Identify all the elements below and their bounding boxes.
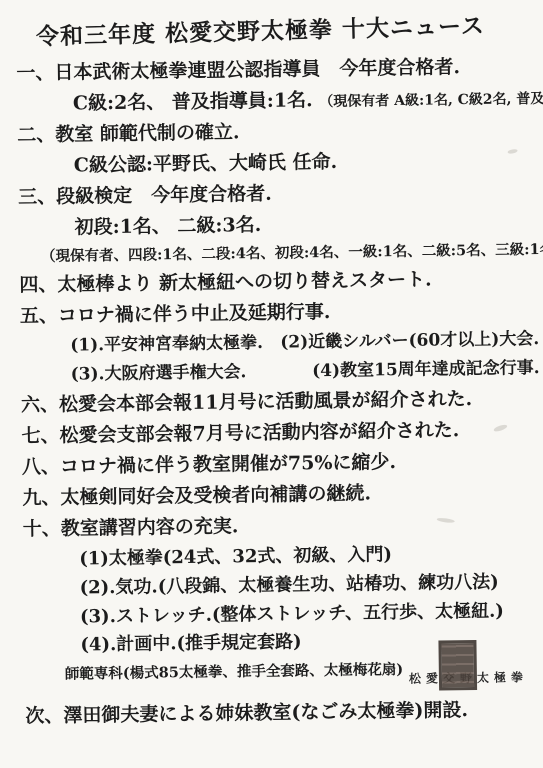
seal-stamp-icon [438,640,477,691]
news-item-1: 一、日本武術太極拳連盟公認指導員 今年度合格者. [16,54,535,86]
cancelled-events-row-1: (1).平安神宮奉納太極拳. (2)近畿シルバー(60才以上)大会. [70,328,539,357]
news-item-3: 三、段級検定 今年度合格者. [18,178,537,210]
curriculum-item-2: (2).気功.(八段錦、太極養生功、站椿功、練功八法) [79,570,542,600]
news-item-8: 八、コロナ禍に伴う教室開催が75%に縮少. [22,448,541,480]
news-item-7: 七、松愛会支部会報7月号に活動内容が紹介された. [21,417,540,449]
news-item-3-holders-note: （現保有者、四段:1名、二段:4名、初段:4名、一級:1名、二級:5名、三級:1… [41,241,538,267]
scanned-document-page: 令和三年度 松愛交野太極拳 十大ニュース 一、日本武術太極拳連盟公認指導員 今年… [0,0,543,768]
news-item-10: 十、教室講習内容の充実. [23,510,542,542]
curriculum-item-1: (1)太極拳(24式、32式、初級、入門) [79,541,542,571]
news-item-2: 二、教室 師範代制の確立. [17,116,536,148]
event-4: (4)教室15周年達成記念行事. [312,357,540,383]
event-3: (3).大阪府選手権大会. [71,360,313,386]
closing-item: 次、澤田御夫妻による姉妹教室(なごみ太極拳)開設. [25,697,543,729]
shihan-senka-row: 師範専科(楊式85太極拳、推手全套路、太極梅花扇) 松愛交野太極拳 [65,656,543,692]
club-seal-group: 松愛交野太極拳 [409,666,528,687]
news-item-3-detail: 初段:1名、 二級:3名. [74,209,537,241]
event-1: (1).平安神宮奉納太極拳. [70,331,280,357]
shihan-senka-text: 師範専科(楊式85太極拳、推手全套路、太極梅花扇) [65,658,404,684]
cancelled-events-row-2: (3).大阪府選手権大会. (4)教室15周年達成記念行事. [71,357,540,386]
event-2: (2)近畿シルバー(60才以上)大会. [280,328,539,355]
news-item-5: 五、コロナ禍に伴う中止及延期行事. [20,297,539,329]
news-item-2-detail: C級公認:平野氏、大崎氏 任命. [74,147,537,179]
curriculum-item-3: (3).ストレッチ.(整体ストレッチ、五行歩、太極紐.) [80,599,543,629]
document-title: 令和三年度 松愛交野太極拳 十大ニュース [16,7,506,52]
news-item-1-detail: C級:2名、 普及指導員:1名. （現保有者 A級:1名, C級2名, 普及:2… [73,85,536,117]
news-item-6: 六、松愛会本部会報11月号に活動風景が紹介された. [21,386,540,418]
item-1-detail-main: C級:2名、 普及指導員:1名. [73,89,313,114]
news-item-9: 九、太極剣同好会及受検者向補講の継続. [22,479,541,511]
news-item-4: 四、太極棒より 新太極紐への切り替えスタート. [19,266,538,298]
item-1-detail-note: （現保有者 A級:1名, C級2名, 普及:2名） [319,90,543,110]
